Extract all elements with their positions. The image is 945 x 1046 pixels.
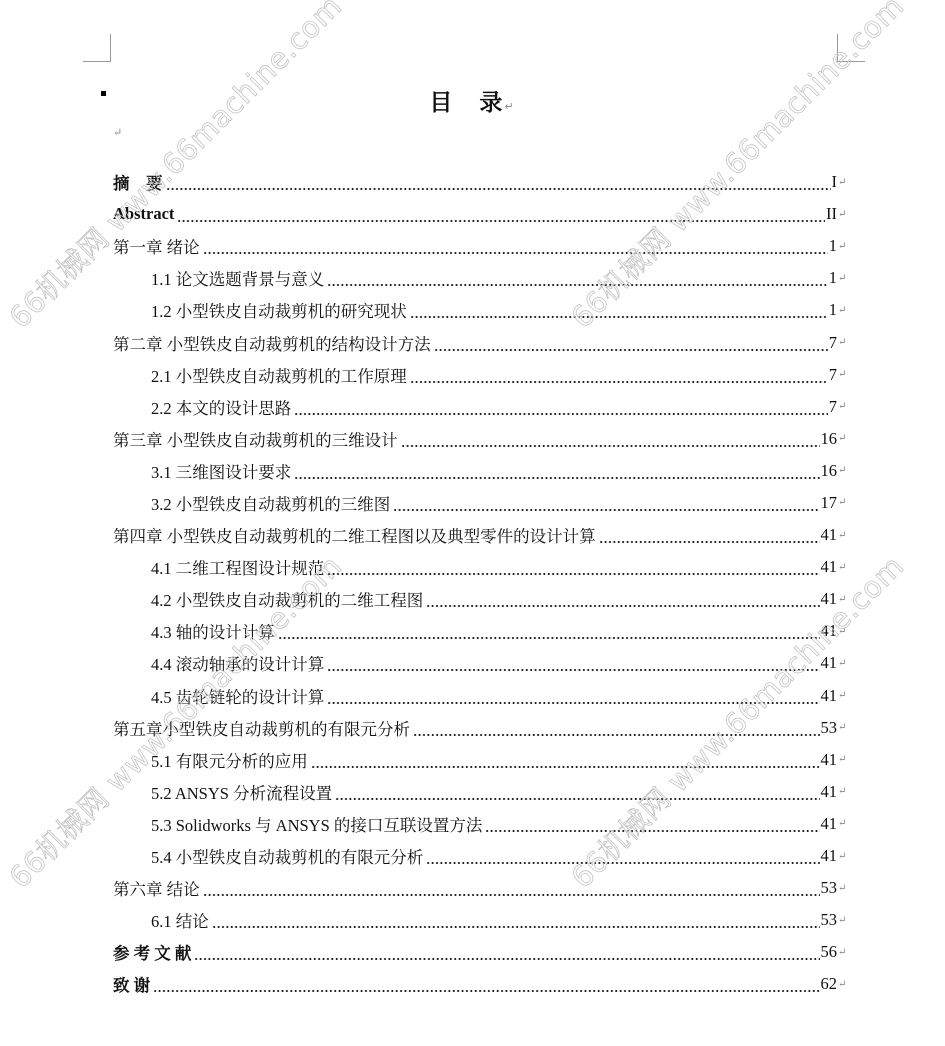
toc-leader-dots: [335, 789, 819, 801]
toc-entry[interactable]: 第四章 小型铁皮自动裁剪机的二维工程图以及典型零件的设计计算41↵: [113, 519, 848, 551]
toc-entry-label[interactable]: 第六章 结论: [113, 876, 202, 900]
toc-entry-page-number[interactable]: 41: [821, 686, 838, 706]
toc-entry-page-number[interactable]: 56: [821, 942, 838, 962]
toc-leader-dots: [410, 307, 828, 319]
paragraph-mark-icon: ↵: [838, 754, 848, 765]
toc-entry-page-number[interactable]: 41: [821, 846, 838, 866]
toc-leader-dots: [599, 532, 820, 544]
toc-entry[interactable]: 第五章小型铁皮自动裁剪机的有限元分析53↵: [113, 712, 848, 744]
toc-entry-label[interactable]: Abstract: [113, 204, 176, 224]
toc-entry[interactable]: 5.2 ANSYS 分析流程设置41↵: [113, 776, 848, 808]
toc-entry-label[interactable]: 2.1 小型铁皮自动裁剪机的工作原理: [151, 363, 409, 387]
toc-entry-page-number[interactable]: 7: [829, 333, 837, 353]
toc-leader-dots: [426, 853, 819, 865]
paragraph-mark-icon: ↵: [838, 273, 848, 284]
toc-entry[interactable]: 4.1 二维工程图设计规范41↵: [113, 551, 848, 583]
toc-entry[interactable]: 4.2 小型铁皮自动裁剪机的二维工程图41↵: [113, 583, 848, 615]
toc-leader-dots: [410, 372, 828, 384]
toc-entry[interactable]: 4.4 滚动轴承的设计计算41↵: [113, 647, 848, 679]
toc-entry-label[interactable]: 第三章 小型铁皮自动裁剪机的三维设计: [113, 427, 400, 451]
toc-leader-dots: [485, 821, 819, 833]
toc-entry-page-number[interactable]: 41: [821, 653, 838, 673]
toc-entry[interactable]: 致 谢62↵: [113, 968, 848, 1000]
paragraph-mark-icon: ↵: [838, 626, 848, 637]
table-of-contents: 摘 要I↵AbstractII↵第一章 绪论1↵1.1 论文选题背景与意义1↵1…: [113, 166, 848, 1000]
toc-entry[interactable]: 6.1 结论53↵: [113, 904, 848, 936]
paragraph-mark-icon: ↵: [504, 100, 515, 113]
paragraph-mark-icon: ↵: [838, 722, 848, 733]
toc-entry-page-number[interactable]: 41: [821, 621, 838, 641]
paragraph-mark-icon: ↵: [838, 401, 848, 412]
toc-entry-label[interactable]: 4.1 二维工程图设计规范: [151, 555, 326, 579]
paragraph-mark-icon: ↵: [838, 369, 848, 380]
toc-leader-dots: [434, 340, 828, 352]
toc-leader-dots: [294, 404, 828, 416]
toc-entry-page-number[interactable]: II: [826, 204, 837, 224]
toc-leader-dots: [294, 468, 819, 480]
toc-entry-label[interactable]: 5.2 ANSYS 分析流程设置: [151, 780, 334, 804]
toc-leader-dots: [413, 725, 820, 737]
paragraph-mark-icon: ↵: [838, 530, 848, 541]
toc-leader-dots: [177, 211, 825, 223]
toc-entry-label[interactable]: 第四章 小型铁皮自动裁剪机的二维工程图以及典型零件的设计计算: [113, 523, 598, 547]
toc-entry-page-number[interactable]: 16: [821, 461, 838, 481]
toc-entry[interactable]: 1.1 论文选题背景与意义1↵: [113, 262, 848, 294]
toc-entry[interactable]: 4.3 轴的设计计算41↵: [113, 615, 848, 647]
toc-entry[interactable]: 第三章 小型铁皮自动裁剪机的三维设计16↵: [113, 423, 848, 455]
paragraph-mark-icon: ↵: [838, 690, 848, 701]
toc-entry-page-number[interactable]: 41: [821, 814, 838, 834]
toc-entry-label[interactable]: 1.1 论文选题背景与意义: [151, 266, 326, 290]
paragraph-mark-icon: ↵: [113, 126, 122, 139]
paragraph-mark-icon: ↵: [838, 497, 848, 508]
toc-leader-dots: [203, 243, 828, 255]
toc-leader-dots: [327, 693, 819, 705]
toc-entry-label[interactable]: 3.1 三维图设计要求: [151, 459, 293, 483]
toc-entry-page-number[interactable]: 16: [821, 429, 838, 449]
paragraph-mark-icon: ↵: [838, 786, 848, 797]
toc-entry[interactable]: 4.5 齿轮链轮的设计计算41↵: [113, 680, 848, 712]
toc-entry[interactable]: 摘 要I↵: [113, 166, 848, 198]
toc-leader-dots: [203, 885, 820, 897]
toc-entry-page-number[interactable]: 41: [821, 525, 838, 545]
toc-entry-label[interactable]: 摘 要: [113, 170, 165, 194]
toc-entry-label[interactable]: 第二章 小型铁皮自动裁剪机的结构设计方法: [113, 331, 433, 355]
toc-leader-dots: [311, 757, 820, 769]
toc-title-text: 目 录: [429, 90, 504, 116]
paragraph-mark-icon: ↵: [838, 337, 848, 348]
toc-leader-dots: [194, 949, 819, 961]
toc-entry-page-number[interactable]: 41: [821, 557, 838, 577]
toc-entry[interactable]: 3.2 小型铁皮自动裁剪机的三维图17↵: [113, 487, 848, 519]
page-corner-marker-top-right: [837, 34, 865, 62]
toc-entry-label[interactable]: 3.2 小型铁皮自动裁剪机的三维图: [151, 491, 392, 515]
paragraph-mark-icon: ↵: [838, 305, 848, 316]
toc-entry-label[interactable]: 致 谢: [113, 972, 152, 996]
toc-entry-page-number[interactable]: 17: [821, 493, 838, 513]
toc-entry-page-number[interactable]: 7: [829, 397, 837, 417]
toc-entry[interactable]: 5.3 Solidworks 与 ANSYS 的接口互联设置方法41↵: [113, 808, 848, 840]
toc-leader-dots: [166, 179, 831, 191]
toc-entry-page-number[interactable]: 1: [829, 268, 837, 288]
toc-entry[interactable]: 2.1 小型铁皮自动裁剪机的工作原理7↵: [113, 359, 848, 391]
paragraph-mark-icon: ↵: [838, 241, 848, 252]
toc-entry[interactable]: 第六章 结论53↵: [113, 872, 848, 904]
toc-entry-page-number[interactable]: 1: [829, 236, 837, 256]
toc-entry-page-number[interactable]: 53: [821, 910, 838, 930]
toc-entry-label[interactable]: 参 考 文 献: [113, 940, 193, 964]
toc-entry[interactable]: 参 考 文 献56↵: [113, 936, 848, 968]
toc-entry-page-number[interactable]: I: [832, 172, 838, 192]
toc-title: 目 录↵: [0, 84, 945, 117]
toc-entry[interactable]: AbstractII↵: [113, 198, 848, 230]
toc-leader-dots: [327, 660, 819, 672]
paragraph-mark-icon: ↵: [838, 177, 848, 188]
toc-entry-label[interactable]: 5.3 Solidworks 与 ANSYS 的接口互联设置方法: [151, 812, 484, 836]
toc-entry-page-number[interactable]: 41: [821, 782, 838, 802]
paragraph-mark-icon: ↵: [838, 947, 848, 958]
toc-entry[interactable]: 2.2 本文的设计思路7↵: [113, 391, 848, 423]
paragraph-mark-icon: ↵: [838, 915, 848, 926]
paragraph-mark-icon: ↵: [838, 594, 848, 605]
toc-entry[interactable]: 第一章 绪论1↵: [113, 230, 848, 262]
toc-entry-label[interactable]: 5.1 有限元分析的应用: [151, 748, 310, 772]
toc-entry-page-number[interactable]: 53: [821, 878, 838, 898]
toc-entry-label[interactable]: 4.5 齿轮链轮的设计计算: [151, 684, 326, 708]
toc-entry-page-number[interactable]: 41: [821, 750, 838, 770]
toc-entry-label[interactable]: 第一章 绪论: [113, 234, 202, 258]
paragraph-mark-icon: ↵: [838, 209, 848, 220]
toc-entry-label[interactable]: 4.3 轴的设计计算: [151, 619, 277, 643]
toc-entry-label[interactable]: 4.4 滚动轴承的设计计算: [151, 651, 326, 675]
toc-entry[interactable]: 3.1 三维图设计要求16↵: [113, 455, 848, 487]
toc-leader-dots: [212, 917, 820, 929]
toc-entry-label[interactable]: 5.4 小型铁皮自动裁剪机的有限元分析: [151, 844, 425, 868]
toc-entry-label[interactable]: 4.2 小型铁皮自动裁剪机的二维工程图: [151, 587, 425, 611]
toc-entry-page-number[interactable]: 7: [829, 365, 837, 385]
paragraph-mark-icon: ↵: [838, 818, 848, 829]
paragraph-mark-icon: ↵: [838, 883, 848, 894]
toc-entry-label[interactable]: 第五章小型铁皮自动裁剪机的有限元分析: [113, 716, 412, 740]
toc-entry-label[interactable]: 2.2 本文的设计思路: [151, 395, 293, 419]
toc-leader-dots: [278, 628, 820, 640]
toc-leader-dots: [401, 436, 820, 448]
toc-leader-dots: [426, 596, 819, 608]
toc-entry[interactable]: 5.4 小型铁皮自动裁剪机的有限元分析41↵: [113, 840, 848, 872]
page-corner-marker-top-left: [83, 34, 111, 62]
toc-entry[interactable]: 5.1 有限元分析的应用41↵: [113, 744, 848, 776]
toc-entry[interactable]: 第二章 小型铁皮自动裁剪机的结构设计方法7↵: [113, 326, 848, 358]
paragraph-mark-icon: ↵: [838, 562, 848, 573]
toc-entry[interactable]: 1.2 小型铁皮自动裁剪机的研究现状1↵: [113, 294, 848, 326]
toc-leader-dots: [153, 981, 819, 993]
paragraph-mark-icon: ↵: [838, 465, 848, 476]
toc-entry-page-number[interactable]: 1: [829, 300, 837, 320]
paragraph-mark-icon: ↵: [838, 979, 848, 990]
paragraph-mark-icon: ↵: [838, 433, 848, 444]
toc-entry-label[interactable]: 1.2 小型铁皮自动裁剪机的研究现状: [151, 298, 409, 322]
paragraph-mark-icon: ↵: [838, 658, 848, 669]
toc-entry-page-number[interactable]: 41: [821, 589, 838, 609]
toc-leader-dots: [393, 500, 819, 512]
toc-entry-page-number[interactable]: 53: [821, 718, 838, 738]
toc-entry-label[interactable]: 6.1 结论: [151, 908, 211, 932]
toc-leader-dots: [327, 275, 828, 287]
paragraph-mark-icon: ↵: [838, 851, 848, 862]
toc-entry-page-number[interactable]: 62: [821, 974, 838, 994]
toc-leader-dots: [327, 564, 819, 576]
